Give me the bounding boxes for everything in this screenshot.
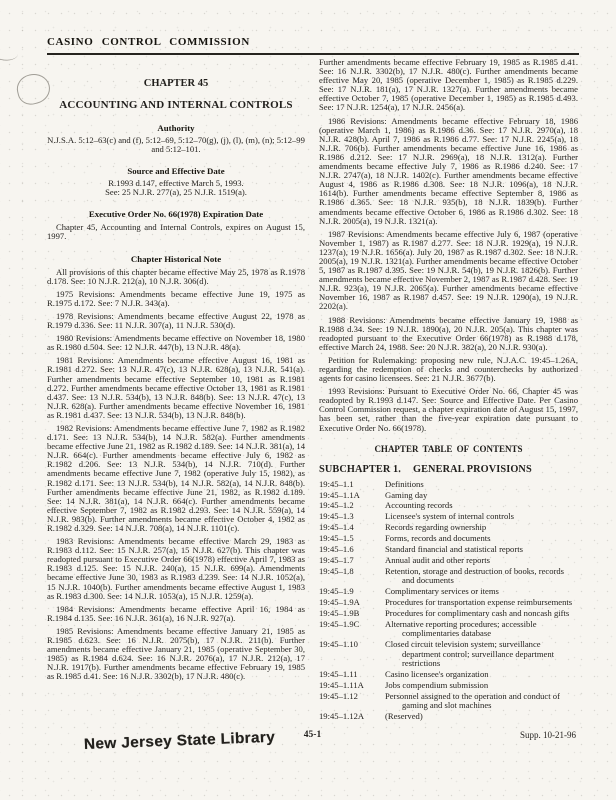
toc-section-title: Annual audit and other reports	[385, 556, 578, 565]
historical-note-paragraph: Petition for Rulemaking: proposing new r…	[319, 356, 578, 383]
toc-row: 19:45–1.6 Standard financial and statist…	[319, 545, 578, 554]
toc-list: 19:45–1.1 Definitions 19:45–1.1A Gaming …	[319, 480, 578, 722]
historical-note-paragraph: 1981 Revisions: Amendments became effect…	[47, 356, 305, 420]
historical-note-paragraph: 1983 Revisions: Amendments became effect…	[47, 537, 305, 601]
toc-section-number: 19:45–1.12	[319, 692, 385, 711]
toc-section-number: 19:45–1.11A	[319, 681, 385, 690]
toc-section-number: 19:45–1.8	[319, 567, 385, 586]
historical-note-paragraph: 1980 Revisions: Amendments became effect…	[47, 334, 305, 352]
toc-section-number: 19:45–1.9A	[319, 598, 385, 607]
historical-note-paragraph: 1982 Revisions: Amendments became effect…	[47, 424, 305, 533]
agency-title: CASINO CONTROL COMMISSION	[47, 36, 250, 48]
toc-section-title: Licensee's system of internal controls	[385, 512, 578, 521]
page-number: 45-1	[47, 730, 578, 740]
running-header: CASINO CONTROL COMMISSION	[47, 32, 579, 55]
toc-section-number: 19:45–1.3	[319, 512, 385, 521]
authority-text: N.J.S.A. 5:12–63(c) and (f), 5:12–69, 5:…	[47, 136, 305, 154]
chapter-title: ACCOUNTING AND INTERNAL CONTROLS	[47, 99, 305, 111]
subchapter-number: SUBCHAPTER 1.	[319, 464, 401, 476]
toc-row: 19:45–1.5 Forms, records and documents	[319, 534, 578, 543]
right-column: Further amendments became effective Febr…	[319, 54, 578, 738]
toc-heading: CHAPTER TABLE OF CONTENTS	[319, 444, 578, 455]
toc-section-number: 19:45–1.11	[319, 670, 385, 679]
toc-section-title: Retention, storage and destruction of bo…	[385, 567, 578, 586]
toc-row: 19:45–1.9C Alternative reporting procedu…	[319, 620, 578, 639]
toc-row: 19:45–1.1A Gaming day	[319, 491, 578, 500]
toc-row: 19:45–1.10 Closed circuit television sys…	[319, 640, 578, 668]
toc-section-title: Gaming day	[385, 491, 578, 500]
toc-section-number: 19:45–1.9B	[319, 609, 385, 618]
toc-section-title: Complimentary services or items	[385, 587, 578, 596]
authority-heading: Authority	[47, 123, 305, 133]
toc-row: 19:45–1.9B Procedures for complimentary …	[319, 609, 578, 618]
historical-note-paragraph: 1988 Revisions: Amendments became effect…	[319, 316, 578, 352]
pen-mark-arc	[0, 44, 19, 64]
toc-section-title: Procedures for complimentary cash and no…	[385, 609, 578, 618]
document-page: CASINO CONTROL COMMISSION CHAPTER 45 ACC…	[0, 0, 616, 800]
expiration-text: Chapter 45, Accounting and Internal Cont…	[47, 223, 305, 241]
historical-note-paragraph: 1985 Revisions: Amendments became effect…	[47, 627, 305, 682]
toc-row: 19:45–1.9 Complimentary services or item…	[319, 587, 578, 596]
historical-note-paragraphs: All provisions of this chapter became ef…	[47, 268, 305, 682]
toc-section-number: 19:45–1.2	[319, 501, 385, 510]
chapter-number: CHAPTER 45	[47, 78, 305, 89]
toc-row: 19:45–1.11A Jobs compendium submission	[319, 681, 578, 690]
page-columns: CHAPTER 45 ACCOUNTING AND INTERNAL CONTR…	[47, 54, 578, 738]
toc-row: 19:45–1.7 Annual audit and other reports	[319, 556, 578, 565]
subchapter-heading: SUBCHAPTER 1. GENERAL PROVISIONS	[319, 464, 578, 476]
toc-row: 19:45–1.4 Records regarding ownership	[319, 523, 578, 532]
toc-section-number: 19:45–1.1	[319, 480, 385, 489]
toc-section-number: 19:45–1.7	[319, 556, 385, 565]
historical-note-paragraph: 1993 Revisions: Pursuant to Executive Or…	[319, 387, 578, 432]
toc-section-number: 19:45–1.9C	[319, 620, 385, 639]
historical-note-paragraph: 1984 Revisions: Amendments became effect…	[47, 605, 305, 623]
toc-row: 19:45–1.12 Personnel assigned to the ope…	[319, 692, 578, 711]
toc-row: 19:45–1.1 Definitions	[319, 480, 578, 489]
toc-row: 19:45–1.11 Casino licensee's organizatio…	[319, 670, 578, 679]
historical-note-paragraph: 1978 Revisions: Amendments became effect…	[47, 312, 305, 330]
toc-section-number: 19:45–1.10	[319, 640, 385, 668]
toc-row: 19:45–1.12A (Reserved)	[319, 712, 578, 721]
toc-section-title: Accounting records	[385, 501, 578, 510]
toc-section-title: Jobs compendium submission	[385, 681, 578, 690]
toc-section-title: Casino licensee's organization	[385, 670, 578, 679]
historical-note-heading: Chapter Historical Note	[47, 254, 305, 264]
toc-row: 19:45–1.2 Accounting records	[319, 501, 578, 510]
toc-section-number: 19:45–1.4	[319, 523, 385, 532]
toc-row: 19:45–1.9A Procedures for transportation…	[319, 598, 578, 607]
toc-section-title: Procedures for transportation expense re…	[385, 598, 578, 607]
supplement-date: Supp. 10-21-96	[520, 730, 576, 740]
historical-note-paragraph: 1987 Revisions: Amendments became effect…	[319, 230, 578, 312]
source-text-line2: See: 25 N.J.R. 277(a), 25 N.J.R. 1519(a)…	[47, 188, 305, 197]
subchapter-title: GENERAL PROVISIONS	[413, 464, 532, 476]
toc-section-number: 19:45–1.1A	[319, 491, 385, 500]
toc-section-number: 19:45–1.6	[319, 545, 385, 554]
historical-note-paragraph: Further amendments became effective Febr…	[319, 58, 578, 113]
toc-section-title: Alternative reporting procedures; access…	[385, 620, 578, 639]
toc-section-number: 19:45–1.5	[319, 534, 385, 543]
historical-note-continued: Further amendments became effective Febr…	[319, 58, 578, 433]
historical-note-paragraph: All provisions of this chapter became ef…	[47, 268, 305, 286]
toc-section-number: 19:45–1.9	[319, 587, 385, 596]
toc-row: 19:45–1.8 Retention, storage and destruc…	[319, 567, 578, 586]
historical-note-paragraph: 1986 Revisions: Amendments became effect…	[319, 117, 578, 226]
toc-section-number: 19:45–1.12A	[319, 712, 385, 721]
toc-section-title: Definitions	[385, 480, 578, 489]
historical-note-paragraph: 1975 Revisions: Amendments became effect…	[47, 290, 305, 308]
source-heading: Source and Effective Date	[47, 166, 305, 176]
toc-section-title: (Reserved)	[385, 712, 578, 721]
toc-section-title: Closed circuit television system; survei…	[385, 640, 578, 668]
toc-section-title: Forms, records and documents	[385, 534, 578, 543]
toc-section-title: Records regarding ownership	[385, 523, 578, 532]
left-column: CHAPTER 45 ACCOUNTING AND INTERNAL CONTR…	[47, 54, 305, 738]
toc-section-title: Personnel assigned to the operation and …	[385, 692, 578, 711]
toc-section-title: Standard financial and statistical repor…	[385, 545, 578, 554]
expiration-heading: Executive Order No. 66(1978) Expiration …	[47, 209, 305, 219]
toc-row: 19:45–1.3 Licensee's system of internal …	[319, 512, 578, 521]
